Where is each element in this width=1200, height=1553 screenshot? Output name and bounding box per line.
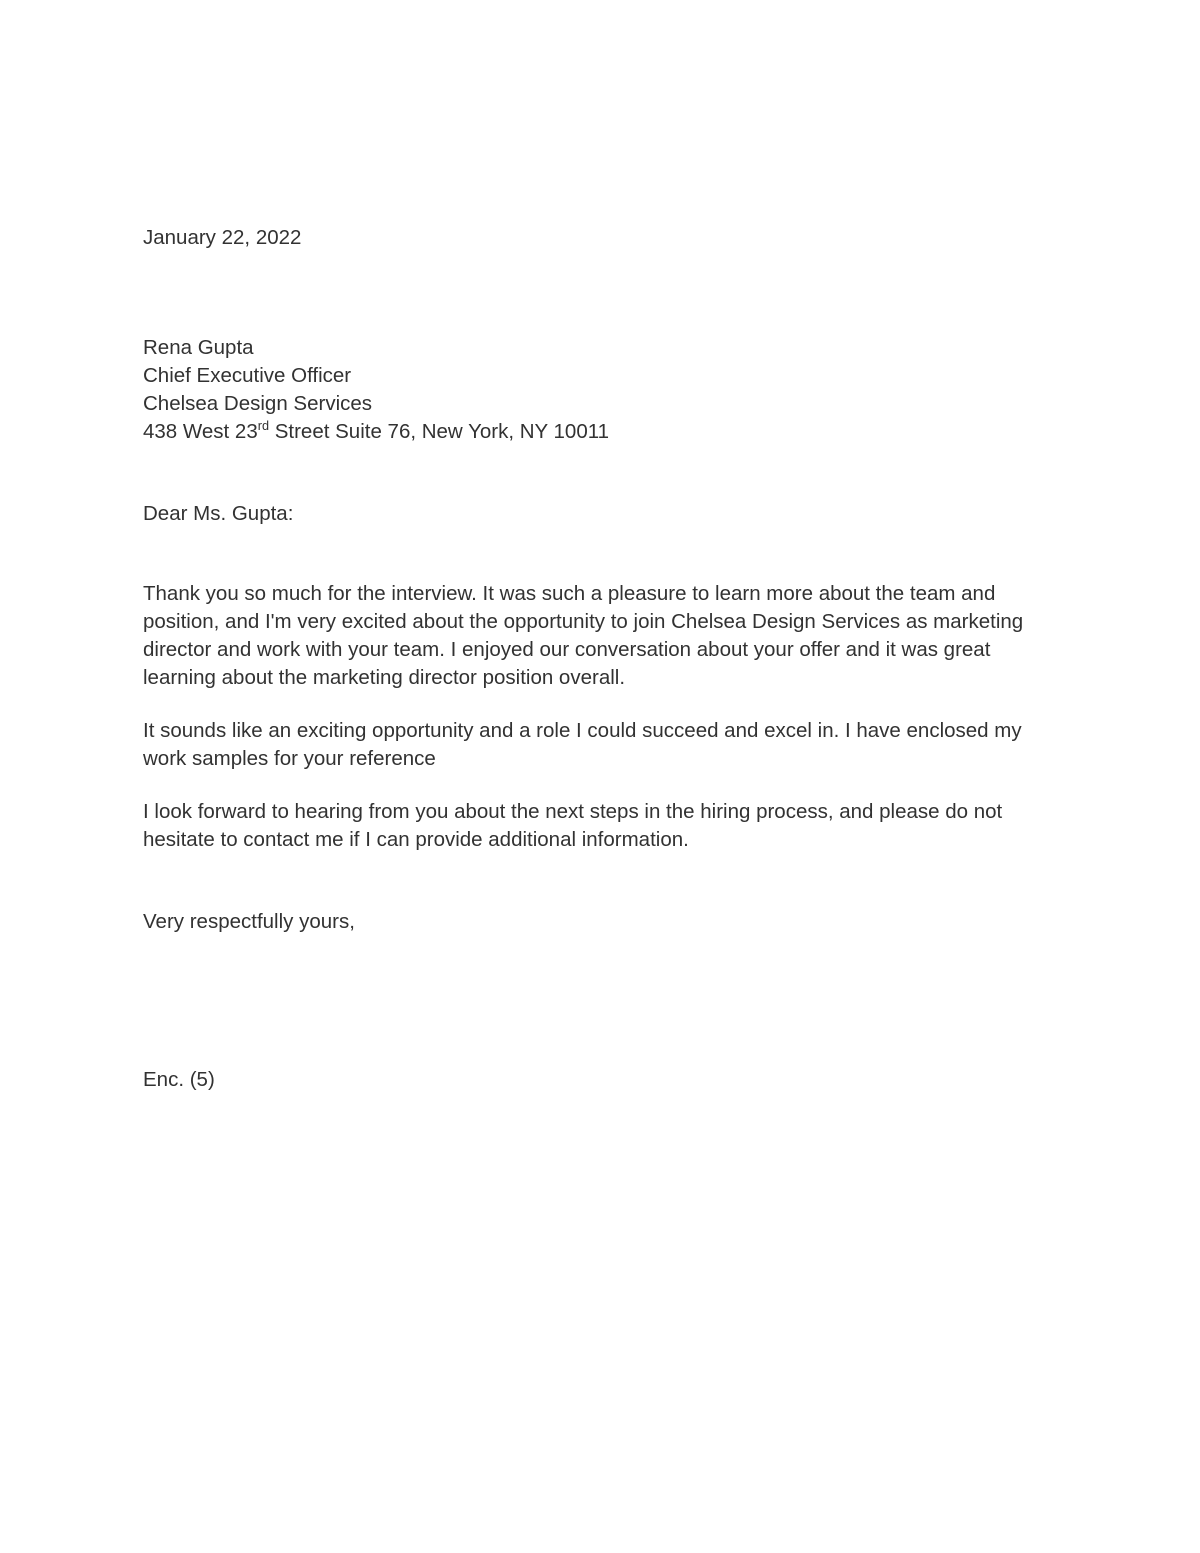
address-suffix: Street Suite 76, New York, NY 10011 — [269, 420, 609, 443]
ordinal-superscript: rd — [258, 418, 269, 433]
recipient-address: 438 West 23rd Street Suite 76, New York,… — [143, 418, 1061, 446]
closing-line: Very respectfully yours, — [143, 908, 1061, 936]
body-paragraph-3: I look forward to hearing from you about… — [143, 798, 1061, 854]
salutation: Dear Ms. Gupta: — [143, 500, 1061, 528]
letter-page: January 22, 2022 Rena Gupta Chief Execut… — [0, 0, 1200, 1553]
letter-date: January 22, 2022 — [143, 224, 1061, 252]
recipient-block: Rena Gupta Chief Executive Officer Chels… — [143, 334, 1100, 446]
body-paragraph-2: It sounds like an exciting opportunity a… — [143, 717, 1061, 773]
recipient-title: Chief Executive Officer — [143, 362, 1061, 390]
recipient-name: Rena Gupta — [143, 334, 1061, 362]
body-paragraph-1: Thank you so much for the interview. It … — [143, 580, 1061, 692]
enclosure-note: Enc. (5) — [143, 1066, 1061, 1094]
recipient-company: Chelsea Design Services — [143, 390, 1061, 418]
address-prefix: 438 West 23 — [143, 420, 258, 443]
